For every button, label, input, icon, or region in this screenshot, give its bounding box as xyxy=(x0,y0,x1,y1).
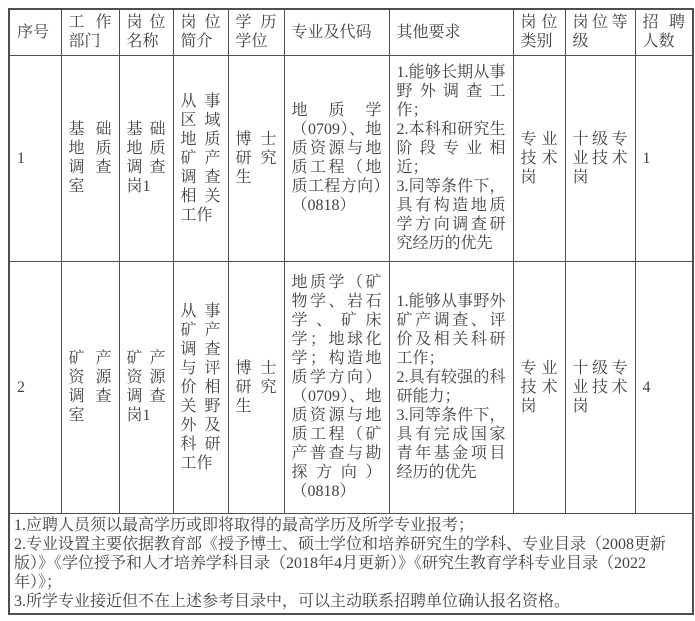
cell-requirements: 1.能够长期从事野外调查工作； 2.本科和研究生阶段专业相近； 3.同等条件下，… xyxy=(389,55,513,261)
header-cell-serial: 序号 xyxy=(9,9,61,55)
header-cell-department: 工作部门 xyxy=(61,9,119,55)
cell-position-intro: 从事区域地质矿产调查相关工作 xyxy=(173,55,228,261)
header-cell-level: 岗位等级 xyxy=(565,9,635,55)
cell-degree: 博士研究生 xyxy=(228,261,284,513)
header-cell-position-intro: 岗位简介 xyxy=(173,9,228,55)
header-cell-major: 专业及代码 xyxy=(284,9,389,55)
cell-requirements: 1.能够从事野外矿产调查、评价及相关科研工作； 2.具有较强的科研能力； 3.同… xyxy=(389,261,513,513)
cell-headcount: 4 xyxy=(635,261,693,513)
header-cell-requirements: 其他要求 xyxy=(389,9,513,55)
note-item: 2.专业设置主要依据教育部《授予博士、硕士学位和培养研究生的学科、专业目录（20… xyxy=(14,535,688,592)
cell-department: 矿产资源调查室 xyxy=(61,261,119,513)
requirement-item: 2.具有较强的科研能力； xyxy=(397,368,506,406)
note-item: 1.应聘人员须以最高学历或即将取得的最高学历及所学专业报考； xyxy=(14,516,688,535)
cell-position-name: 基础地质调查岗1 xyxy=(119,55,173,261)
cell-position-name: 矿产资源调查岗1 xyxy=(119,261,173,513)
cell-headcount: 1 xyxy=(635,55,693,261)
table-row: 2 矿产资源调查室 矿产资源调查岗1 从事矿产调查与评价相关野外及科研工作 博士… xyxy=(9,261,693,513)
cell-serial: 2 xyxy=(9,261,61,513)
recruitment-table: 序号 工作部门 岗位名称 岗位简介 学历学位 专业及代码 其他要求 岗位类别 岗… xyxy=(8,8,694,615)
requirement-item: 3.同等条件下，具有完成国家青年基金项目经历的优先 xyxy=(397,406,506,482)
table-row: 1 基础地质调查室 基础地质调查岗1 从事区域地质矿产调查相关工作 博士研究生 … xyxy=(9,55,693,261)
header-row: 序号 工作部门 岗位名称 岗位简介 学历学位 专业及代码 其他要求 岗位类别 岗… xyxy=(9,9,693,55)
cell-category: 专业技术岗 xyxy=(513,261,565,513)
header-cell-degree: 学历学位 xyxy=(228,9,284,55)
requirement-item: 3.同等条件下，具有构造地质学方向调查研究经历的优先 xyxy=(397,177,506,253)
cell-major: 地质学（0709）、地质资源与地质工程（地质工程方向）（0818） xyxy=(284,55,389,261)
notes-row: 1.应聘人员须以最高学历或即将取得的最高学历及所学专业报考； 2.专业设置主要依… xyxy=(9,513,693,614)
cell-serial: 1 xyxy=(9,55,61,261)
header-cell-position-name: 岗位名称 xyxy=(119,9,173,55)
requirement-item: 2.本科和研究生阶段专业相近； xyxy=(397,120,506,177)
cell-degree: 博士研究生 xyxy=(228,55,284,261)
cell-department: 基础地质调查室 xyxy=(61,55,119,261)
header-cell-headcount: 招聘人数 xyxy=(635,9,693,55)
requirement-item: 1.能够长期从事野外调查工作； xyxy=(397,63,506,120)
notes-cell: 1.应聘人员须以最高学历或即将取得的最高学历及所学专业报考； 2.专业设置主要依… xyxy=(9,513,693,614)
note-item: 3.所学专业接近但不在上述参考目录中，可以主动联系招聘单位确认报名资格。 xyxy=(14,592,688,611)
cell-level: 十级专业技术岗 xyxy=(565,55,635,261)
requirement-item: 1.能够从事野外矿产调查、评价及相关科研工作； xyxy=(397,292,506,368)
header-cell-category: 岗位类别 xyxy=(513,9,565,55)
cell-level: 十级专业技术岗 xyxy=(565,261,635,513)
cell-major: 地质学（矿物学、岩石学、矿床学；地球化学；构造地质学方向）（0709）、地质资源… xyxy=(284,261,389,513)
cell-position-intro: 从事矿产调查与评价相关野外及科研工作 xyxy=(173,261,228,513)
cell-category: 专业技术岗 xyxy=(513,55,565,261)
